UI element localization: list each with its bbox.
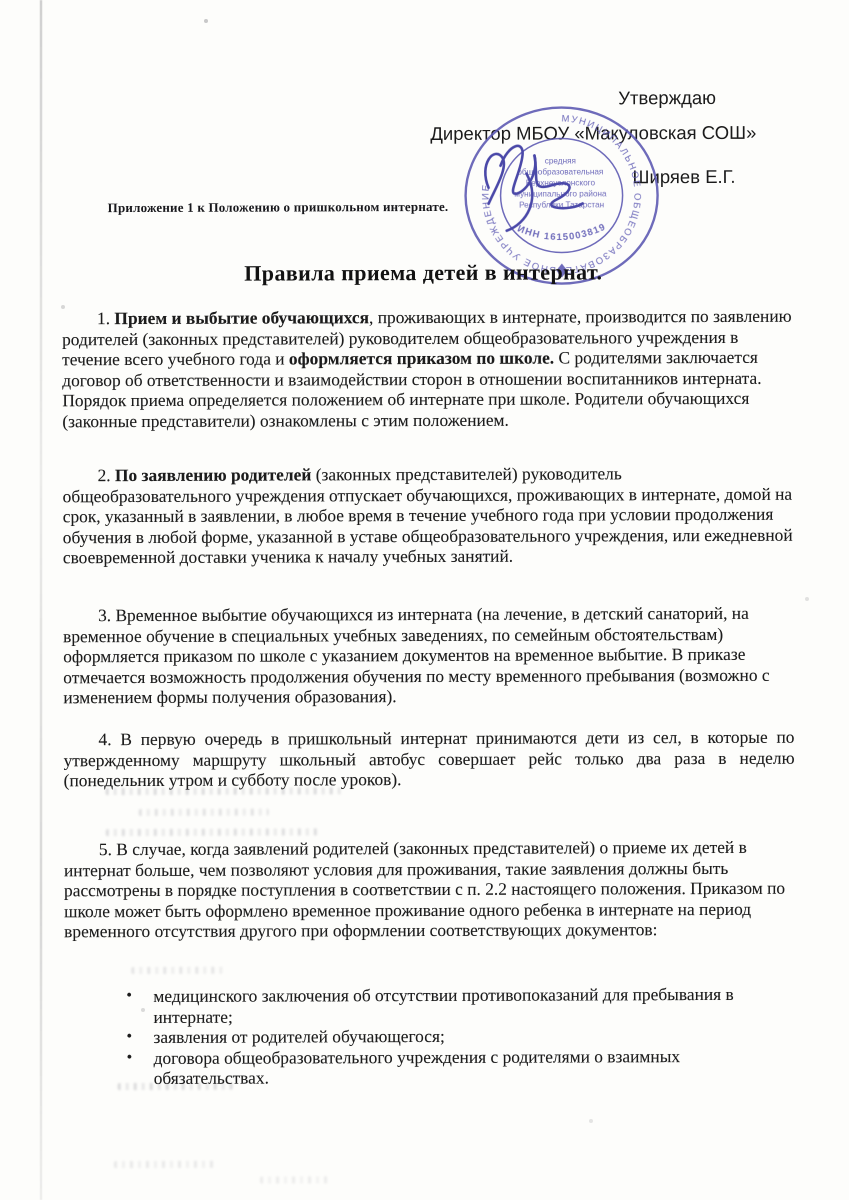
signature-stroke <box>534 155 582 208</box>
text-segment: оформляется приказом по школе. <box>289 348 554 369</box>
scan-artifact <box>114 1161 214 1168</box>
scan-artifact <box>139 809 269 816</box>
scan-artifact <box>131 967 226 974</box>
bullet-list: медицинского заключения об отсутствии пр… <box>153 984 791 1089</box>
text-segment: 2. <box>98 465 115 485</box>
text-segment: 4. В первую очередь в пришкольный интерн… <box>64 727 795 791</box>
appendix-note: Приложение 1 к Положению о пришкольном и… <box>108 199 449 216</box>
paragraph-1: 1. Прием и выбытие обучающихся, проживаю… <box>62 306 793 432</box>
text-segment: Прием и выбытие обучающихся <box>114 307 369 328</box>
director-signature-icon <box>464 133 639 239</box>
text-segment: 1. <box>97 308 114 328</box>
paragraph-3: 3. Временное выбытие обучающихся из инте… <box>63 603 794 709</box>
text-segment: 3. Временное выбытие обучающихся из инте… <box>63 603 770 708</box>
scanned-document-page: Утверждаю Директор МБОУ «Макуловская СОШ… <box>0 0 849 1200</box>
scan-artifact <box>260 1176 332 1183</box>
scan-artifact <box>118 1083 233 1090</box>
paragraph-2: 2. По заявлению родителей (законных пред… <box>63 463 794 569</box>
text-segment: По заявлению родителей <box>115 464 311 485</box>
paragraph-5: 5. В случае, когда заявлений родителей (… <box>64 837 795 943</box>
document-title: Правила приема детей в интернат. <box>0 259 848 288</box>
document-content: Утверждаю Директор МБОУ «Макуловская СОШ… <box>0 0 849 1200</box>
bullet-item: договора общеобразовательного учреждения… <box>154 1046 792 1089</box>
text-segment: 5. В случае, когда заявлений родителей (… <box>64 837 785 942</box>
paragraph-4: 4. В первую очередь в пришкольный интерн… <box>63 727 794 791</box>
scan-artifact <box>106 787 346 795</box>
scan-artifact <box>106 828 321 836</box>
bullet-item: медицинского заключения об отсутствии пр… <box>153 984 791 1027</box>
bullet-item: заявления от родителей обучающегося; <box>153 1025 791 1048</box>
